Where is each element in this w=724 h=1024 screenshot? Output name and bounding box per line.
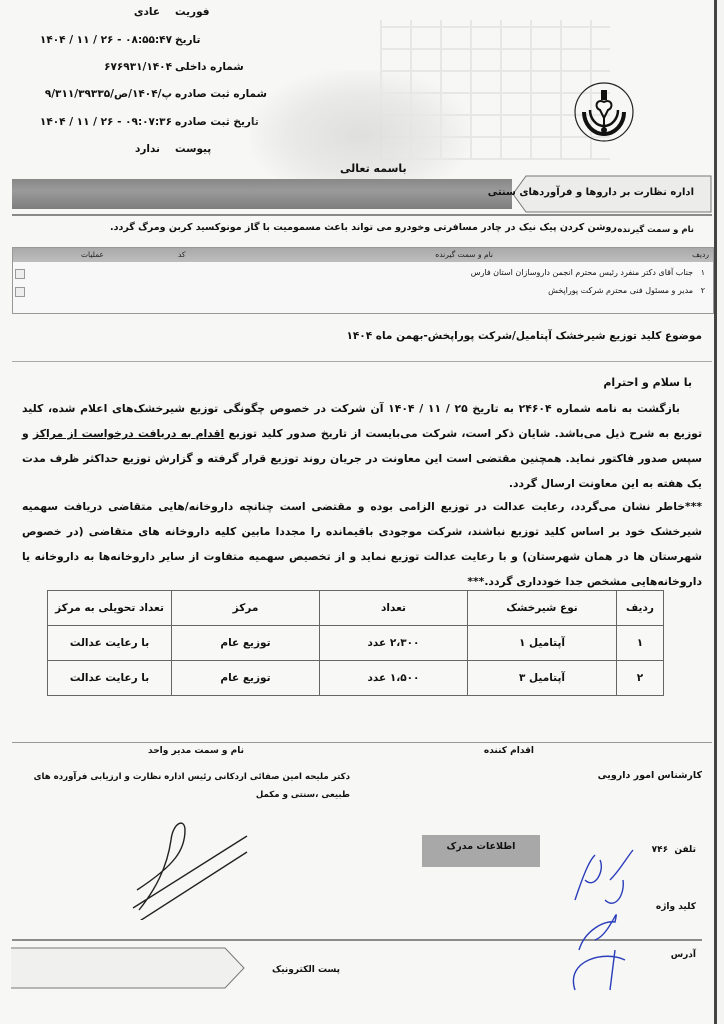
manager-signature bbox=[115, 820, 255, 920]
body-paragraph-2: ***خاطر نشان می‌گردد، رعایت عدالت در توز… bbox=[22, 494, 702, 594]
email-field-box bbox=[10, 947, 245, 989]
manager-label: نام و سمت مدیر واحد bbox=[148, 746, 244, 756]
letter-page: فوریتعادی تاریخ۱۴۰۴ / ۱۱ / ۲۶ - ۰۸:۵۵:۴۷… bbox=[0, 0, 717, 1024]
university-logo-icon bbox=[572, 76, 636, 152]
divider bbox=[12, 214, 712, 216]
meta-date: تاریخ۱۴۰۴ / ۱۱ / ۲۶ - ۰۸:۵۵:۴۷ bbox=[20, 34, 280, 54]
safety-warning: روشن کردن پیک نیک در چادر مسافرتی وخودرو… bbox=[110, 222, 617, 233]
actor-label: اقدام کننده bbox=[484, 746, 534, 756]
email-label: پست الکترونیک bbox=[272, 965, 340, 975]
phone-field: تلفن ۷۴۶ bbox=[652, 845, 696, 855]
actor-value: کارشناس امور دارویی bbox=[598, 770, 702, 781]
meta-internal-number: شماره داخلی۶۷۶۹۳۱/۱۴۰۴ bbox=[20, 61, 280, 81]
distribution-table: ردیف نوع شیرخشک تعداد مرکز تعداد تحویلی … bbox=[47, 590, 664, 696]
table-header-row: ردیف نوع شیرخشک تعداد مرکز تعداد تحویلی … bbox=[48, 591, 664, 626]
table-row: ۱ آپتامیل ۱ ۲،۳۰۰ عدد توزیع عام با رعایت… bbox=[48, 626, 664, 661]
meta-attachment: پیوستندارد bbox=[20, 143, 280, 163]
department-banner: اداره نظارت بر داروها و فرآوردهای سنتی bbox=[12, 175, 712, 213]
recipients-table: ردیف نام و سمت گیرنده کد عملیات ۱ جناب آ… bbox=[12, 247, 714, 314]
basmeh-title: باسمه تعالی bbox=[340, 162, 407, 175]
recipient-row: ۱ جناب آقای دکتر منفرد رئیس محترم انجمن … bbox=[471, 268, 705, 277]
divider bbox=[12, 742, 712, 743]
view-icon[interactable] bbox=[15, 287, 25, 297]
handwritten-note bbox=[565, 840, 645, 1000]
document-info-button[interactable]: اطلاعات مدرک bbox=[422, 835, 540, 867]
greeting: با سلام و احترام bbox=[603, 376, 692, 389]
manager-value: دکتر ملیحه امین صفائی اردکانی رئیس اداره… bbox=[28, 768, 350, 804]
keyword-label: کلید واژه bbox=[656, 902, 696, 912]
address-label: آدرس bbox=[671, 950, 696, 960]
recipients-table-header: ردیف نام و سمت گیرنده کد عملیات bbox=[13, 248, 713, 262]
body-paragraph-1: بازگشت به نامه شماره ۲۴۶۰۴ به تاریخ ۲۵ /… bbox=[22, 396, 702, 496]
divider bbox=[12, 361, 712, 362]
recipient-row: ۲ مدیر و مسئول فنی محترم شرکت پوراپخش bbox=[548, 286, 705, 295]
meta-registration-date: تاریخ ثبت صادره۱۴۰۴ / ۱۱ / ۲۶ - ۰۹:۰۷:۳۶ bbox=[20, 116, 280, 136]
department-name: اداره نظارت بر داروها و فرآوردهای سنتی bbox=[488, 187, 694, 198]
recipient-section-label: نام و سمت گیرنده bbox=[617, 225, 694, 235]
meta-priority: فوریتعادی bbox=[20, 6, 280, 26]
banner-bar bbox=[12, 179, 512, 209]
table-row: ۲ آپتامیل ۳ ۱،۵۰۰ عدد توزیع عام با رعایت… bbox=[48, 661, 664, 696]
meta-registration-number: شماره ثبت صادره۹/۳۱۱/۳۹۳۳۵/پ/۱۴۰۴/ص bbox=[20, 88, 280, 108]
view-icon[interactable] bbox=[15, 269, 25, 279]
letter-subject: موضوع کلید توزیع شیرخشک آپتامیل/شرکت پور… bbox=[346, 330, 702, 342]
